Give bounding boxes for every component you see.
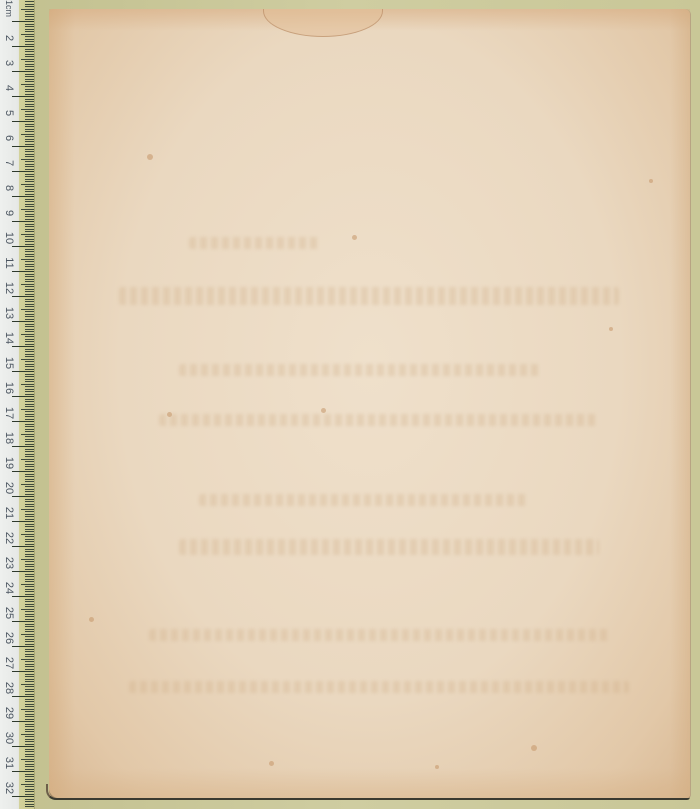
ruler-tick [25,176,34,177]
ruler-tick [21,484,34,485]
foxing-spot [609,327,613,331]
ruler-tick [25,806,34,807]
ruler-tick [25,656,34,657]
ruler-tick [12,496,34,497]
ruler-tick [25,541,34,542]
ruler-label: 29 [2,706,14,720]
ruler-tick [25,591,34,592]
ruler-tick [12,21,34,22]
ruler-tick [25,369,34,370]
ruler-tick [25,711,34,712]
ruler-tick [25,476,34,477]
ruler-label: 14 [2,331,14,345]
ruler-tick [25,391,34,392]
bleed-through-line [179,364,539,376]
ruler-label: 22 [2,531,14,545]
foxing-spot [649,179,653,183]
ruler-tick [25,776,34,777]
ruler-tick [25,281,34,282]
ruler-tick [25,629,34,630]
ruler-tick [25,81,34,82]
ruler-tick [25,736,34,737]
ruler-tick [25,201,34,202]
ruler-tick [12,746,34,747]
ruler-tick [25,731,34,732]
ruler-tick [25,16,34,17]
ruler-tick [25,6,34,7]
ruler-tick [25,769,34,770]
ruler-tick [25,531,34,532]
ruler-tick [25,404,34,405]
ruler-tick [12,296,34,297]
paper-edge-left [49,9,75,798]
ruler-tick [25,449,34,450]
ruler-tick [25,44,34,45]
ruler-tick [25,11,34,12]
ruler-tick [25,244,34,245]
ruler-tick [25,429,34,430]
ruler-tick [25,426,34,427]
ruler-tick [25,439,34,440]
ruler-tick [21,134,34,135]
ruler-tick [25,79,34,80]
ruler-tick [25,614,34,615]
centimeter-ruler: 1cm2345678910111213141516171819202122232… [0,0,35,809]
ruler-tick [25,719,34,720]
ruler-tick [25,36,34,37]
ruler-tick [12,271,34,272]
ruler-tick [25,739,34,740]
ruler-tick [25,799,34,800]
ruler-tick [12,796,34,797]
ruler-tick [25,126,34,127]
ruler-tick [25,611,34,612]
ruler-tick [21,159,34,160]
ruler-label: 30 [2,731,14,745]
ruler-tick [25,254,34,255]
ruler-tick [25,381,34,382]
ruler-tick [25,644,34,645]
ruler-tick [25,416,34,417]
ruler-tick [25,441,34,442]
ruler-tick [25,679,34,680]
ruler-tick [25,431,34,432]
ruler-tick [25,169,34,170]
ruler-tick [25,436,34,437]
ruler-tick [25,516,34,517]
ruler-tick [25,529,34,530]
ruler-tick [25,756,34,757]
ruler-tick [25,469,34,470]
ruler-label: 3 [2,56,14,70]
ruler-tick [25,724,34,725]
ruler-tick [25,114,34,115]
ruler-tick [21,409,34,410]
ruler-tick [25,386,34,387]
ruler-tick [25,291,34,292]
ruler-tick [25,174,34,175]
ruler-tick [25,311,34,312]
ruler-tick [25,704,34,705]
ruler-tick [25,594,34,595]
ruler-tick [25,761,34,762]
ruler-tick [12,446,34,447]
ruler-tick [25,601,34,602]
ruler-tick [25,289,34,290]
ruler-tick [25,791,34,792]
ruler-tick [25,306,34,307]
ruler-tick [12,421,34,422]
ruler-tick [25,539,34,540]
ruler-tick [25,361,34,362]
ruler-tick [25,664,34,665]
ruler-tick [12,596,34,597]
ruler-tick [25,654,34,655]
ruler-tick [25,556,34,557]
ruler-tick [21,434,34,435]
ruler-tick [12,646,34,647]
ruler-tick [25,579,34,580]
ruler-tick [12,71,34,72]
ruler-tick [25,366,34,367]
ruler-tick [25,554,34,555]
foxing-spot [89,617,94,622]
ruler-tick [25,316,34,317]
ruler-tick [25,674,34,675]
ruler-tick [12,46,34,47]
ruler-tick [25,681,34,682]
ruler-tick [25,26,34,27]
ruler-tick [25,699,34,700]
ruler-tick [25,319,34,320]
ruler-label: 13 [2,306,14,320]
ruler-label: 9 [2,206,14,220]
ruler-tick [21,684,34,685]
foxing-spot [167,412,172,417]
ruler-tick [25,261,34,262]
ruler-tick [25,641,34,642]
ruler-label: 7 [2,156,14,170]
foxing-spot [321,408,326,413]
ruler-tick [12,96,34,97]
ruler-tick [25,66,34,67]
ruler-tick [25,239,34,240]
ruler-tick [25,454,34,455]
ruler-tick [21,334,34,335]
ruler-tick [25,649,34,650]
ruler-tick [25,401,34,402]
ruler-tick [25,191,34,192]
ruler-tick [25,419,34,420]
ruler-tick [25,526,34,527]
ruler-tick [25,379,34,380]
ruler-tick [25,154,34,155]
ruler-tick [25,461,34,462]
ruler-tick [21,459,34,460]
ruler-tick [25,701,34,702]
ruler-tick [25,214,34,215]
ruler-tick [21,59,34,60]
ruler-tick [25,389,34,390]
bleed-through-line [199,494,529,506]
ruler-tick [21,284,34,285]
ruler-tick [25,689,34,690]
ruler-tick [12,246,34,247]
ruler-label: 21 [2,506,14,520]
ruler-tick [21,184,34,185]
ruler-tick [25,394,34,395]
ruler-tick [21,784,34,785]
ruler-tick [25,691,34,692]
ruler-tick [25,186,34,187]
ruler-tick [12,196,34,197]
ruler-tick [25,474,34,475]
ruler-label: 31 [2,756,14,770]
paper-sheet [49,9,690,798]
foxing-spot [352,235,357,240]
bleed-through-line [189,237,319,249]
ruler-label: 2 [2,31,14,45]
ruler-tick [25,324,34,325]
ruler-tick [25,274,34,275]
ruler-label: 11 [2,256,14,270]
ruler-tick [21,309,34,310]
ruler-tick [21,84,34,85]
ruler-tick [25,694,34,695]
ruler-tick [25,764,34,765]
ruler-tick [25,194,34,195]
ruler-tick [25,86,34,87]
ruler-tick [25,249,34,250]
ruler-label: 1cm [2,0,14,14]
ruler-tick [25,374,34,375]
ruler-tick [25,744,34,745]
ruler-tick [25,229,34,230]
ruler-tick [25,129,34,130]
ruler-tick [25,631,34,632]
ruler-tick [12,521,34,522]
ruler-tick [25,574,34,575]
ruler-tick [25,181,34,182]
ruler-tick [25,341,34,342]
ruler-tick [25,301,34,302]
ruler-tick [25,149,34,150]
ruler-tick [25,566,34,567]
ruler-tick [25,339,34,340]
ruler-tick [21,34,34,35]
paper-edge-right [670,9,690,798]
ruler-tick [25,64,34,65]
ruler-tick [25,151,34,152]
ruler-tick [12,171,34,172]
ruler-label: 16 [2,381,14,395]
ruler-tick [25,241,34,242]
ruler-tick [25,156,34,157]
ruler-tick [25,279,34,280]
ruler-tick [25,251,34,252]
ruler-tick [12,621,34,622]
ruler-tick [25,39,34,40]
ruler-tick [25,514,34,515]
ruler-tick [25,336,34,337]
ruler-tick [25,606,34,607]
ruler-label: 6 [2,131,14,145]
ruler-label: 19 [2,456,14,470]
ruler-tick [25,56,34,57]
ruler-tick [25,589,34,590]
ruler-tick [25,331,34,332]
ruler-tick [25,786,34,787]
ruler-tick [25,666,34,667]
ruler-tick [25,219,34,220]
foxing-spot [147,154,153,160]
ruler-label: 15 [2,356,14,370]
ruler-tick [25,766,34,767]
ruler-tick [25,49,34,50]
ruler-tick [25,451,34,452]
ruler-tick [25,491,34,492]
ruler-tick [25,69,34,70]
ruler-tick [25,231,34,232]
ruler-tick [25,101,34,102]
ruler-tick [21,359,34,360]
ruler-label: 24 [2,581,14,595]
ruler-label: 32 [2,781,14,795]
ruler-tick [25,189,34,190]
ruler-tick [12,321,34,322]
ruler-label: 10 [2,231,14,245]
ruler-tick [25,406,34,407]
ruler-tick [25,179,34,180]
ruler-tick [25,286,34,287]
ruler-tick [25,489,34,490]
ruler-tick [12,546,34,547]
ruler-tick [25,569,34,570]
ruler-tick [25,479,34,480]
ruler-tick [21,259,34,260]
ruler-tick [25,504,34,505]
ruler-tick [25,801,34,802]
ruler-tick [12,121,34,122]
ruler-tick [25,314,34,315]
ruler-label: 28 [2,681,14,695]
ruler-tick [25,326,34,327]
ruler-label: 27 [2,656,14,670]
ruler-tick [25,356,34,357]
ruler-label: 12 [2,281,14,295]
ruler-tick [25,74,34,75]
ruler-tick [25,329,34,330]
ruler-label: 18 [2,431,14,445]
ruler-tick [25,216,34,217]
ruler-tick [25,774,34,775]
ruler-tick [25,651,34,652]
ruler-tick [25,376,34,377]
ruler-tick [25,269,34,270]
ruler-label: 26 [2,631,14,645]
ruler-tick [12,771,34,772]
bleed-through-line [179,539,599,555]
ruler-tick [25,24,34,25]
ruler-label: 5 [2,106,14,120]
adhesive-stain [263,9,383,37]
ruler-tick [25,519,34,520]
ruler-tick [25,661,34,662]
ruler-tick [25,364,34,365]
ruler-tick [25,751,34,752]
ruler-tick [25,41,34,42]
ruler-tick [25,226,34,227]
ruler-tick [25,31,34,32]
ruler-label: 8 [2,181,14,195]
ruler-tick [25,789,34,790]
ruler-tick [25,714,34,715]
ruler-tick [25,486,34,487]
ruler-tick [21,109,34,110]
ruler-tick [25,104,34,105]
ruler-tick [25,266,34,267]
ruler-tick [21,734,34,735]
ruler-tick [25,299,34,300]
ruler-tick [25,304,34,305]
ruler-tick [25,481,34,482]
ruler-tick [25,136,34,137]
ruler-label: 20 [2,481,14,495]
ruler-tick [25,144,34,145]
ruler-tick [25,524,34,525]
ruler-tick [25,106,34,107]
ruler-tick [25,639,34,640]
ruler-tick [25,414,34,415]
ruler-tick [25,54,34,55]
ruler-tick [25,536,34,537]
ruler-tick [21,384,34,385]
ruler-tick [25,576,34,577]
ruler-tick [21,559,34,560]
bleed-through-line [159,414,599,426]
ruler-tick [25,351,34,352]
ruler-label: 25 [2,606,14,620]
ruler-tick [12,346,34,347]
ruler-tick [25,456,34,457]
ruler-tick [25,636,34,637]
ruler-tick [21,609,34,610]
ruler-tick [25,199,34,200]
ruler-tick [25,111,34,112]
ruler-tick [25,29,34,30]
ruler-tick [21,9,34,10]
ruler-tick [25,561,34,562]
ruler-label: 23 [2,556,14,570]
ruler-tick [12,396,34,397]
ruler-tick [21,659,34,660]
ruler-tick [25,626,34,627]
ruler-tick [21,759,34,760]
ruler-tick [21,509,34,510]
ruler-tick [25,779,34,780]
bleed-through-line [149,629,609,641]
ruler-tick [25,264,34,265]
ruler-tick [25,506,34,507]
ruler-tick [25,161,34,162]
ruler-tick [25,116,34,117]
ruler-tick [25,804,34,805]
ruler-tick [12,721,34,722]
ruler-tick [12,371,34,372]
ruler-tick [25,754,34,755]
ruler-tick [25,256,34,257]
ruler-tick [21,534,34,535]
